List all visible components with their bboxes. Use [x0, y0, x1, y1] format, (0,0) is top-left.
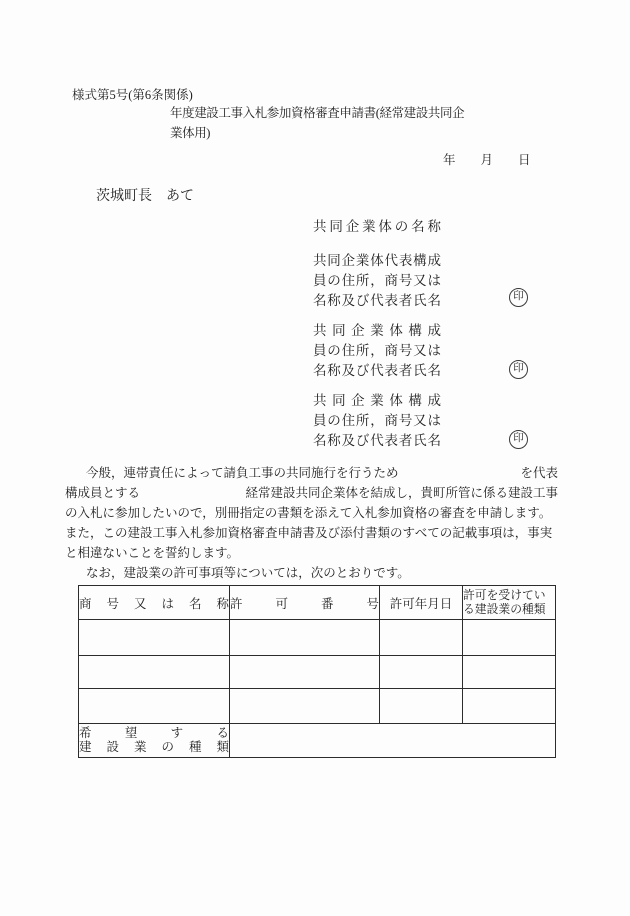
wished-license-type-label: 希 望 す る 建設業の種類: [79, 724, 230, 758]
body-line1-suffix: を代表: [520, 463, 558, 483]
body-line2-suffix: 経常建設共同企業体を結成し，貴町所管に係る建設工事: [245, 483, 558, 503]
license-table: 商号又は名称 許可番号 許可年月日 許可を受けてい る建設業の種類: [78, 585, 556, 758]
representative-member-label: 共同企業体代表構成 員の住所，商号又は 名称及び代表者氏名: [313, 251, 441, 311]
empty-cell: [380, 656, 463, 689]
body-line1-text: 今般，連帯責任によって請負工事の共同施行を行うため: [65, 463, 399, 483]
license-table-header-row: 商号又は名称 許可番号 許可年月日 許可を受けてい る建設業の種類: [79, 586, 556, 620]
empty-cell: [380, 620, 463, 656]
document-title: 年度建設工事入札参加資格審査申請書(経常建設共同企 業体用): [170, 103, 464, 143]
body-paragraph: 今般，連帯責任によって請負工事の共同施行を行うため を代表 構成員とする 経常建…: [65, 463, 558, 583]
wished-license-type-value-cell: [230, 724, 556, 758]
seal-icon-member2: 印: [509, 430, 528, 449]
body-line2: 構成員とする 経常建設共同企業体を結成し，貴町所管に係る建設工事: [65, 483, 558, 503]
jv-name-label: 共同企業体の名称: [313, 217, 441, 237]
document-page: 様式第5号(第6条関係) 年度建設工事入札参加資格審査申請書(経常建設共同企 業…: [0, 0, 630, 916]
empty-cell: [79, 620, 230, 656]
table-footer-row: 希 望 す る 建設業の種類: [79, 724, 556, 758]
table-row: [79, 656, 556, 689]
table-row: [79, 689, 556, 724]
empty-cell: [463, 689, 556, 724]
form-number: 様式第5号(第6条関係): [72, 85, 193, 103]
empty-cell: [230, 689, 380, 724]
table-row: [79, 620, 556, 656]
empty-cell: [380, 689, 463, 724]
empty-cell: [463, 620, 556, 656]
date-line: 年 月 日: [443, 150, 531, 168]
addressee: 茨城町長 あて: [96, 185, 194, 205]
body-line6: なお，建設業の許可事項等については，次のとおりです。: [65, 563, 558, 583]
body-line2-text: 構成員とする: [65, 483, 140, 503]
body-line1: 今般，連帯責任によって請負工事の共同施行を行うため を代表: [65, 463, 558, 483]
seal-icon-member1: 印: [509, 360, 528, 379]
body-line4: また，この建設工事入札参加資格審査申請書及び添付書類のすべての記載事項は，事実: [65, 523, 558, 543]
document-title-line2: 業体用): [170, 123, 464, 143]
empty-cell: [463, 656, 556, 689]
col-header-trade-name: 商号又は名称: [79, 586, 230, 620]
empty-cell: [230, 656, 380, 689]
empty-cell: [79, 689, 230, 724]
body-line5: と相違ないことを誓約します。: [65, 543, 558, 563]
member1-label: 共同企業体構成 員の住所，商号又は 名称及び代表者氏名: [313, 321, 441, 381]
member2-label: 共同企業体構成 員の住所，商号又は 名称及び代表者氏名: [313, 391, 441, 451]
empty-cell: [79, 656, 230, 689]
body-line3: の入札に参加したいので，別冊指定の書類を添えて入札参加資格の審査を申請します。: [65, 503, 558, 523]
col-header-permit-date: 許可年月日: [380, 586, 463, 620]
empty-cell: [230, 620, 380, 656]
seal-icon-representative: 印: [509, 288, 528, 307]
col-header-license-type: 許可を受けてい る建設業の種類: [463, 586, 556, 620]
document-title-line1: 年度建設工事入札参加資格審査申請書(経常建設共同企: [170, 103, 464, 123]
col-header-permit-number: 許可番号: [230, 586, 380, 620]
